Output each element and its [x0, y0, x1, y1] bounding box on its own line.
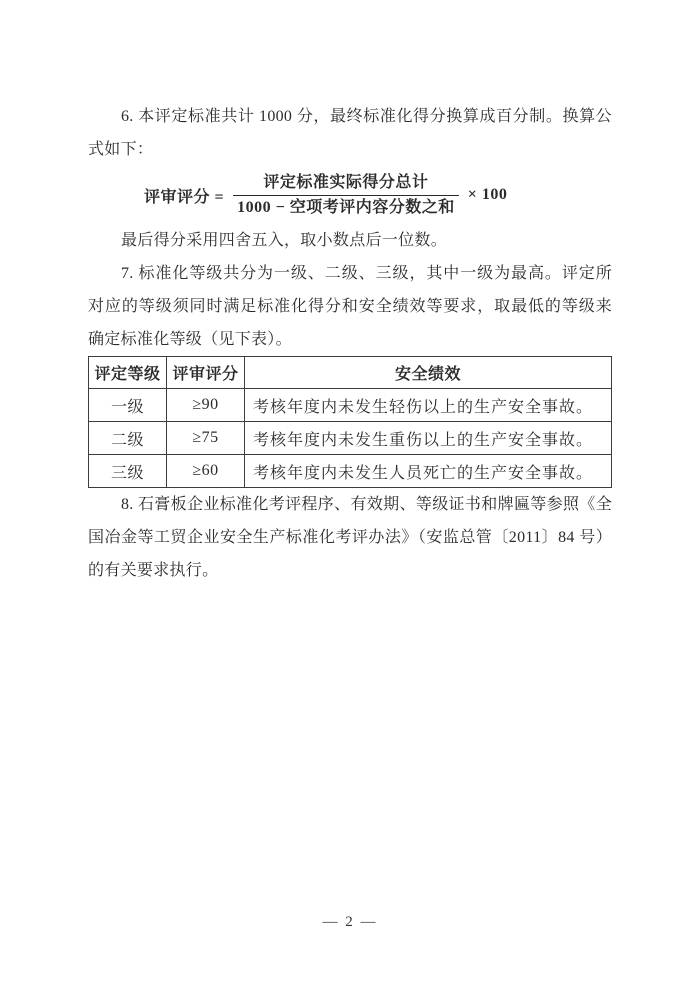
col-header-rating-level: 评定等级 — [89, 357, 167, 389]
cell-safety-performance: 考核年度内未发生重伤以上的生产安全事故。 — [245, 422, 612, 455]
table-row: 二级 ≥75 考核年度内未发生重伤以上的生产安全事故。 — [89, 422, 612, 455]
text-line: 最后得分采用四舍五入，取小数点后一位数。 — [88, 224, 612, 257]
cell-review-score: ≥60 — [167, 455, 245, 488]
cell-review-score: ≥90 — [167, 389, 245, 422]
table-row: 三级 ≥60 考核年度内未发生人员死亡的生产安全事故。 — [89, 455, 612, 488]
formula-multiplier: × 100 — [468, 186, 508, 204]
col-header-review-score: 评审评分 — [167, 357, 245, 389]
paragraph-8: 8. 石膏板企业标准化考评程序、有效期、等级证书和牌匾等参照《全 国冶金等工贸企… — [88, 488, 612, 587]
col-header-safety-performance: 安全绩效 — [245, 357, 612, 389]
text-line: 的有关要求执行。 — [88, 554, 612, 587]
table-row: 一级 ≥90 考核年度内未发生轻伤以上的生产安全事故。 — [89, 389, 612, 422]
cell-review-score: ≥75 — [167, 422, 245, 455]
formula-lhs: 评审评分 = — [144, 184, 224, 207]
page-number: — 2 — — [0, 914, 700, 931]
paragraph-6-note: 最后得分采用四舍五入，取小数点后一位数。 — [88, 224, 612, 257]
paragraph-7: 7. 标准化等级共分为一级、二级、三级，其中一级为最高。评定所 对应的等级须同时… — [88, 257, 612, 356]
text-line: 7. 标准化等级共分为一级、二级、三级，其中一级为最高。评定所 — [88, 257, 612, 290]
cell-safety-performance: 考核年度内未发生人员死亡的生产安全事故。 — [245, 455, 612, 488]
text-line: 6. 本评定标准共计 1000 分，最终标准化得分换算成百分制。换算公 — [88, 100, 612, 133]
cell-rating-level: 三级 — [89, 455, 167, 488]
table-header-row: 评定等级 评审评分 安全绩效 — [89, 357, 612, 389]
text-line: 式如下： — [88, 133, 612, 166]
formula-numerator: 评定标准实际得分总计 — [233, 173, 459, 195]
cell-rating-level: 一级 — [89, 389, 167, 422]
score-conversion-formula: 评审评分 = 评定标准实际得分总计 1000 − 空项考评内容分数之和 × 10… — [144, 166, 612, 224]
formula-fraction: 评定标准实际得分总计 1000 − 空项考评内容分数之和 — [233, 173, 459, 218]
text-line: 国冶金等工贸企业安全生产标准化考评办法》（安监总管〔2011〕84 号） — [88, 521, 612, 554]
text-line: 8. 石膏板企业标准化考评程序、有效期、等级证书和牌匾等参照《全 — [88, 488, 612, 521]
rating-table: 评定等级 评审评分 安全绩效 一级 ≥90 考核年度内未发生轻伤以上的生产安全事… — [88, 356, 612, 488]
paragraph-6: 6. 本评定标准共计 1000 分，最终标准化得分换算成百分制。换算公 式如下： — [88, 100, 612, 166]
document-content: 6. 本评定标准共计 1000 分，最终标准化得分换算成百分制。换算公 式如下：… — [88, 100, 612, 587]
document-page: 6. 本评定标准共计 1000 分，最终标准化得分换算成百分制。换算公 式如下：… — [0, 0, 700, 990]
text-line: 确定标准化等级（见下表）。 — [88, 323, 612, 356]
text-line: 对应的等级须同时满足标准化得分和安全绩效等要求，取最低的等级来 — [88, 290, 612, 323]
cell-rating-level: 二级 — [89, 422, 167, 455]
cell-safety-performance: 考核年度内未发生轻伤以上的生产安全事故。 — [245, 389, 612, 422]
formula-denominator: 1000 − 空项考评内容分数之和 — [233, 195, 459, 218]
